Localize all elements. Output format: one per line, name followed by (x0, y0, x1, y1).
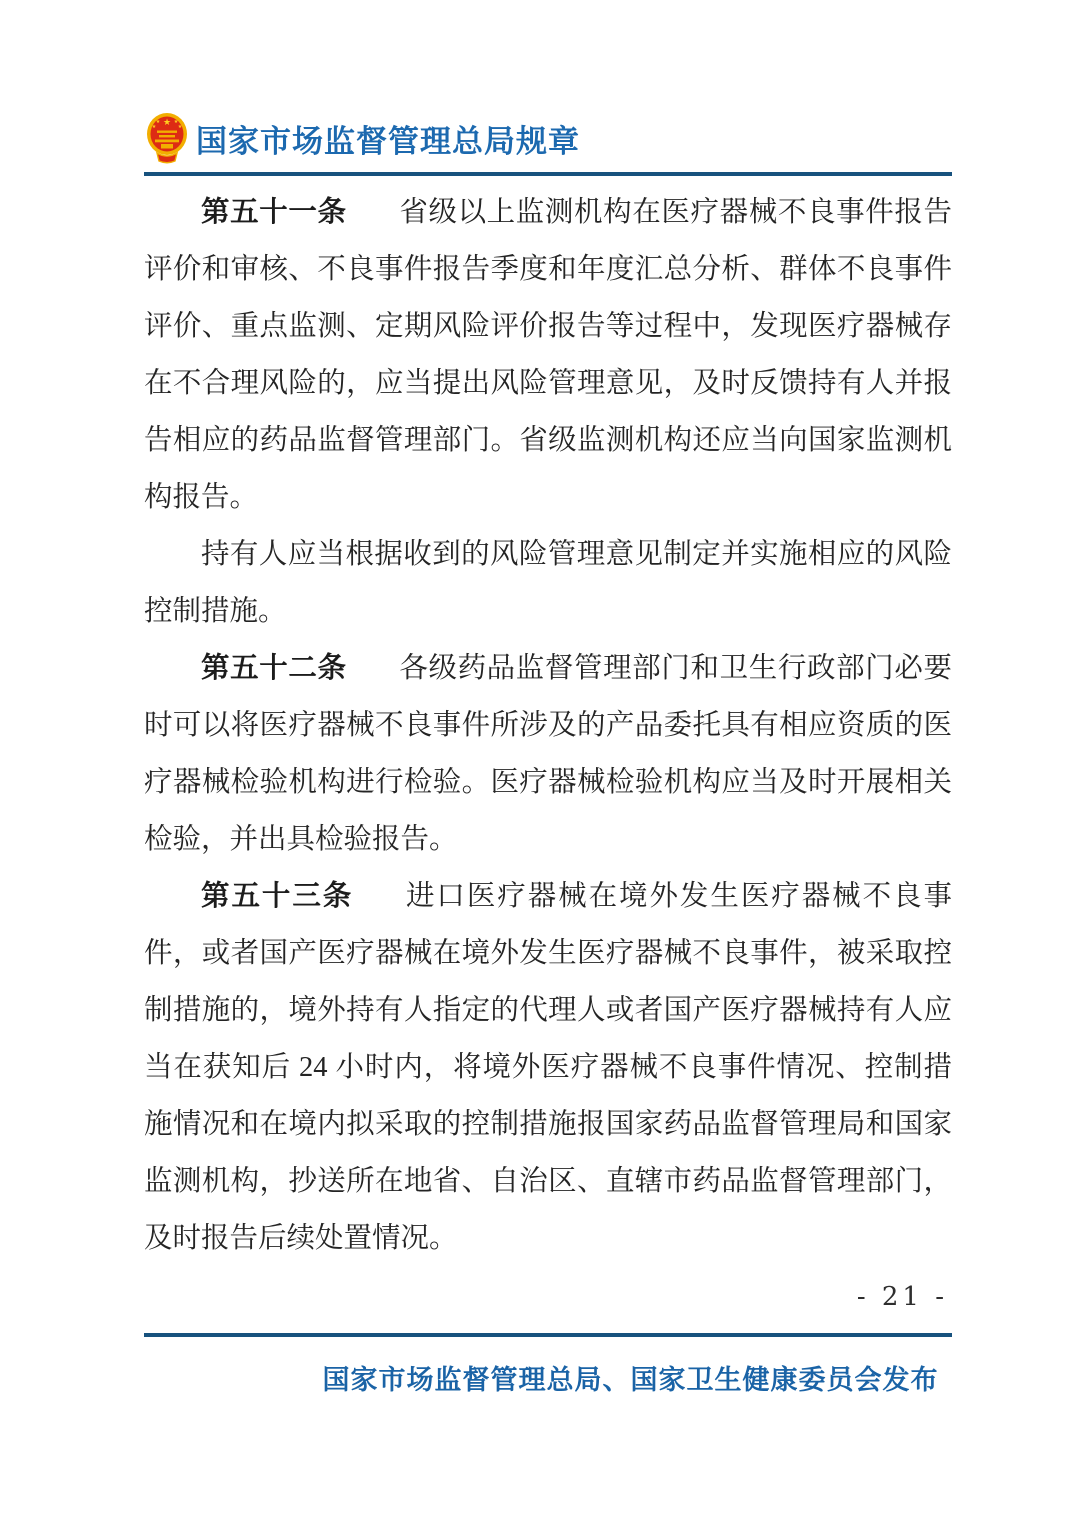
svg-text:★: ★ (156, 119, 161, 125)
header-divider (144, 172, 952, 176)
footer-divider (144, 1333, 952, 1337)
header-title: 国家市场监督管理总局规章 (196, 116, 580, 161)
document-footer: 国家市场监督管理总局、国家卫生健康委员会发布 (144, 1358, 952, 1397)
document-page: ★ ★ ★ ★ ★ 国家市场监督管理总局规章 第五十一条省级以上监测机构在医疗器… (0, 0, 1074, 1520)
article-52-number: 第五十二条 (201, 652, 399, 684)
document-header: ★ ★ ★ ★ ★ 国家市场监督管理总局规章 (144, 110, 952, 166)
article-53-number: 第五十三条 (201, 880, 406, 912)
publisher-line: 国家市场监督管理总局、国家卫生健康委员会发布 (323, 1365, 939, 1395)
article-51-subparagraph: 持有人应当根据收到的风险管理意见制定并实施相应的风险控制措施。 (144, 526, 952, 640)
document-body: 第五十一条省级以上监测机构在医疗器械不良事件报告评价和审核、不良事件报告季度和年… (144, 184, 952, 1267)
article-53-paragraph: 第五十三条进口医疗器械在境外发生医疗器械不良事件，或者国产医疗器械在境外发生医疗… (144, 868, 952, 1267)
china-national-emblem-icon: ★ ★ ★ ★ ★ (144, 112, 190, 164)
article-51-number: 第五十一条 (201, 196, 399, 228)
article-53-text: 进口医疗器械在境外发生医疗器械不良事件，或者国产医疗器械在境外发生医疗器械不良事… (144, 881, 952, 1254)
page-number: - 21 - (857, 1282, 948, 1312)
svg-text:★: ★ (152, 124, 157, 130)
article-52-paragraph: 第五十二条各级药品监督管理部门和卫生行政部门必要时可以将医疗器械不良事件所涉及的… (144, 640, 952, 868)
article-51-subparagraph-text: 持有人应当根据收到的风险管理意见制定并实施相应的风险控制措施。 (144, 539, 952, 627)
article-51-text: 省级以上监测机构在医疗器械不良事件报告评价和审核、不良事件报告季度和年度汇总分析… (144, 197, 952, 513)
svg-text:★: ★ (178, 124, 183, 130)
article-51-paragraph: 第五十一条省级以上监测机构在医疗器械不良事件报告评价和审核、不良事件报告季度和年… (144, 184, 952, 526)
svg-text:★: ★ (163, 118, 171, 128)
